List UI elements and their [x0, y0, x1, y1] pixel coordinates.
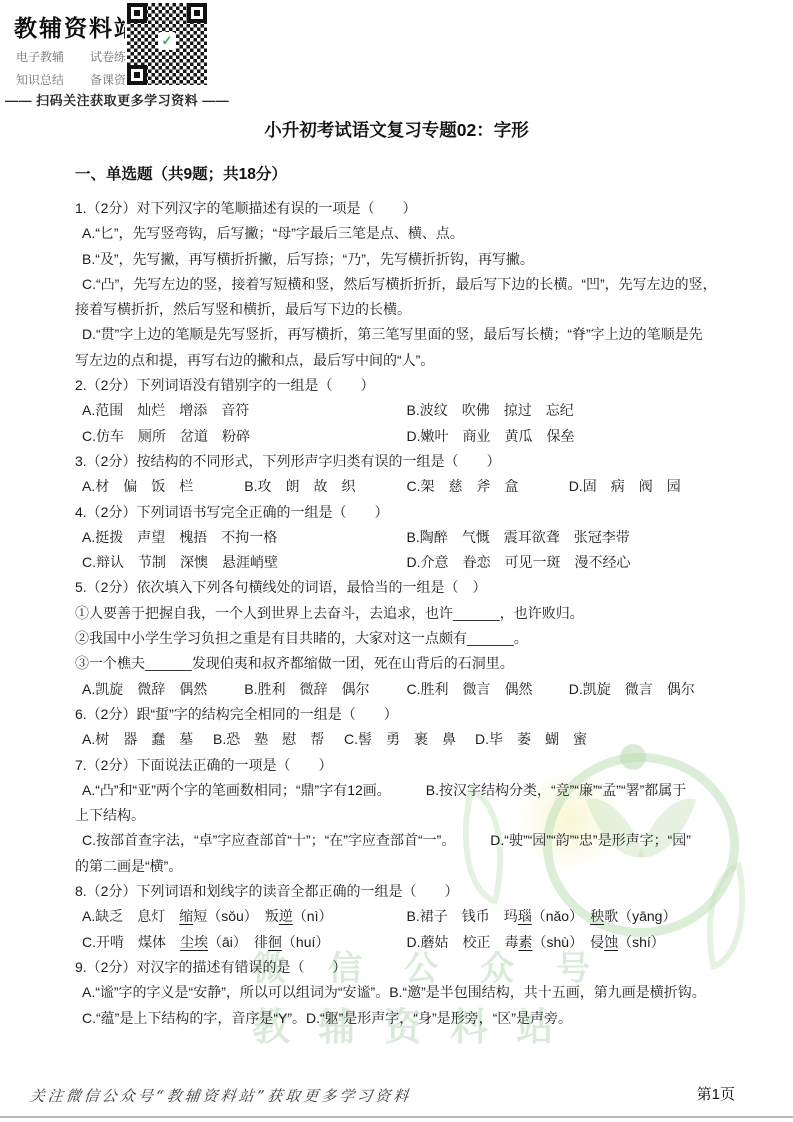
underlined-char: 尘埃	[180, 934, 208, 950]
question-stem: 9.（2分）对汉字的描述有错误的是（ ）	[75, 955, 731, 980]
question-line: C.“蕴”是上下结构的字，音序是“Y”。D.“躯”是形声字，“身”是形旁，“区”…	[75, 1006, 731, 1031]
question-stem: 7.（2分）下面说法正确的一项是（ ）	[75, 753, 731, 778]
question-line: A.“匕”，先写竖弯钩，后写撇；“母”字最后三笔是点、横、点。	[75, 221, 731, 246]
option-group: B.攻 朗 故 织	[244, 474, 406, 499]
question-line: A.“谧”字的字义是“安静”，所以可以组词为“安谧”。B.“邀”是半包围结构，共…	[75, 980, 731, 1005]
footer-note: 关注微信公众号“教辅资料站”获取更多学习资料	[29, 1085, 413, 1106]
question-line: C.开啃 煤体 尘埃（āi） 徘徊（huí）D.蘑姑 校正 毒素（shù） 侵蚀…	[75, 930, 731, 955]
question-line: A.“凸”和“亚”两个字的笔画数相同；“鼎”字有12画。 B.按汉字结构分类，“…	[75, 778, 731, 803]
option-group: B.陶醉 气慨 震耳欲聋 张冠李带	[407, 525, 732, 550]
qr-finder-icon	[127, 65, 147, 85]
question-stem: 1.（2分）对下列汉字的笔顺描述有误的一项是（ ）	[75, 196, 731, 221]
option-group: C.仿车 厕所 岔道 粉碎	[82, 424, 407, 449]
option-group: A.范围 灿烂 增添 音符	[82, 398, 407, 423]
question-line: D.“贯”字上边的笔顺是先写竖折，再写横折，第三笔写里面的竖，最后写长横；“脊”…	[75, 322, 731, 347]
option-group: C.髻 勇 裹 鼻	[344, 727, 475, 752]
page-title: 小升初考试语文复习专题02：字形	[0, 117, 793, 142]
question-line: C.仿车 厕所 岔道 粉碎D.嫩叶 商业 黄瓜 保垒	[75, 424, 731, 449]
option-group: A.树 器 蠢 墓	[82, 727, 213, 752]
question-line: 写左边的点和提，再写右边的撇和点，最后写中间的“人”。	[75, 348, 731, 373]
question-stem: 8.（2分）下列词语和划线字的读音全都正确的一组是（ ）	[75, 879, 731, 904]
option-group: C.开啃 煤体 尘埃（āi） 徘徊（huí）	[82, 930, 407, 955]
question-stem: 6.（2分）跟“蜇”字的结构完全相同的一组是（ ）	[75, 702, 731, 727]
document-content: 一、单选题（共9题；共18分） 1.（2分）对下列汉字的笔顺描述有误的一项是（ …	[75, 160, 731, 1031]
section-heading: 一、单选题（共9题；共18分）	[75, 160, 731, 190]
question-stem: 3.（2分）按结构的不同形式，下列形声字归类有误的一组是（ ）	[75, 449, 731, 474]
question-line: ②我国中小学生学习负担之重是有目共睹的，大家对这一点颇有______。	[75, 626, 731, 651]
question-line: A.凯旋 微辞 偶然B.胜利 微辞 偶尔C.胜利 微言 偶然D.凯旋 微言 偶尔	[75, 677, 731, 702]
option-group: D.凯旋 微言 偶尔	[569, 677, 731, 702]
question-list: 1.（2分）对下列汉字的笔顺描述有误的一项是（ ）A.“匕”，先写竖弯钩，后写撇…	[75, 196, 731, 1031]
underlined-char: 瑙	[518, 908, 532, 924]
option-group: A.凯旋 微辞 偶然	[82, 677, 244, 702]
page-number: 第1页	[697, 1083, 735, 1104]
document-page: 微信公众号 教辅资料站 教辅资料站 电子教辅 试卷练习 知识总结 备课资源 ✓ …	[0, 0, 793, 1122]
question-line: ③一个樵夫______发现伯夷和叔齐都缩做一团，死在山背后的石洞里。	[75, 651, 731, 676]
question-line: C.“凸”，先写左边的竖，接着写短横和竖，然后写横折折折，最后写下边的长横。“凹…	[75, 272, 731, 297]
option-group: C.架 慈 斧 盒	[407, 474, 569, 499]
question-line: ①人要善于把握自我，一个人到世界上去奋斗，去追求，也许______，也许败归。	[75, 601, 731, 626]
question-line: B.“及”，先写撇，再写横折折撇，后写捺；“乃”，先写横折折钩，再写撇。	[75, 247, 731, 272]
question-line: A.挺拨 声望 槐捂 不拘一格B.陶醉 气慨 震耳欲聋 张冠李带	[75, 525, 731, 550]
question-line: 的第二画是“横”。	[75, 854, 731, 879]
option-group: B.胜利 微辞 偶尔	[244, 677, 406, 702]
option-group: B.波纹 吹佛 掠过 忘纪	[407, 398, 732, 423]
question-line: A.材 偏 饭 栏B.攻 朗 故 织C.架 慈 斧 盒D.固 病 阀 园	[75, 474, 731, 499]
question-line: C.按部首查字法，“卓”字应查部首“十”；“在”字应查部首“一”。 D.“驶”“…	[75, 828, 731, 853]
feature-item: 知识总结	[16, 71, 64, 88]
question-line: C.辩认 节制 深懊 悬涯峭壁D.介意 眷恋 可见一斑 漫不经心	[75, 550, 731, 575]
option-group: B.裙子 钱币 玛瑙（nǎo） 秧歌（yāng）	[407, 904, 732, 929]
underlined-char: 蚀	[604, 934, 618, 950]
question-line: 上下结构。	[75, 803, 731, 828]
brand-feature-list: 电子教辅 试卷练习 知识总结 备课资源	[16, 48, 138, 88]
bottom-divider	[0, 1116, 793, 1118]
question-line: A.缺乏 息灯 缩短（sǒu） 叛逆（nì）B.裙子 钱币 玛瑙（nǎo） 秧歌…	[75, 904, 731, 929]
option-group: A.缺乏 息灯 缩短（sǒu） 叛逆（nì）	[82, 904, 407, 929]
option-group: B.恐 塾 慰 帮	[213, 727, 344, 752]
question-stem: 2.（2分）下列词语没有错别字的一组是（ ）	[75, 373, 731, 398]
option-group: D.固 病 阀 园	[569, 474, 731, 499]
qr-code: ✓	[127, 3, 207, 85]
option-group: D.毕 萎 蝴 蜜	[475, 727, 606, 752]
qr-finder-icon	[187, 3, 207, 23]
option-group: A.材 偏 饭 栏	[82, 474, 244, 499]
underlined-char: 秧	[590, 908, 604, 924]
question-line: A.范围 灿烂 增添 音符B.波纹 吹佛 掠过 忘纪	[75, 398, 731, 423]
underlined-char: 素	[519, 934, 533, 950]
underlined-char: 徊	[268, 934, 282, 950]
brand-logo-text: 教辅资料站	[14, 10, 139, 43]
check-icon: ✓	[158, 32, 176, 50]
qr-finder-icon	[127, 3, 147, 23]
underlined-char: 逆	[279, 908, 293, 924]
option-group: D.蘑姑 校正 毒素（shù） 侵蚀（shí）	[407, 930, 732, 955]
header-tagline: —— 扫码关注获取更多学习资料 ——	[5, 90, 229, 109]
question-stem: 4.（2分）下列词语书写完全正确的一组是（ ）	[75, 500, 731, 525]
underlined-char: 缩	[179, 908, 193, 924]
question-line: A.树 器 蠢 墓B.恐 塾 慰 帮C.髻 勇 裹 鼻D.毕 萎 蝴 蜜	[75, 727, 731, 752]
option-group: D.介意 眷恋 可见一斑 漫不经心	[407, 550, 732, 575]
option-group: C.辩认 节制 深懊 悬涯峭壁	[82, 550, 407, 575]
feature-item: 电子教辅	[16, 48, 64, 65]
option-group: C.胜利 微言 偶然	[407, 677, 569, 702]
option-group: A.挺拨 声望 槐捂 不拘一格	[82, 525, 407, 550]
question-line: 接着写横折折，然后写竖和横折，最后写下边的长横。	[75, 297, 731, 322]
question-stem: 5.（2分）依次填入下列各句横线处的词语，最恰当的一组是（ ）	[75, 575, 731, 600]
option-group: D.嫩叶 商业 黄瓜 保垒	[407, 424, 732, 449]
